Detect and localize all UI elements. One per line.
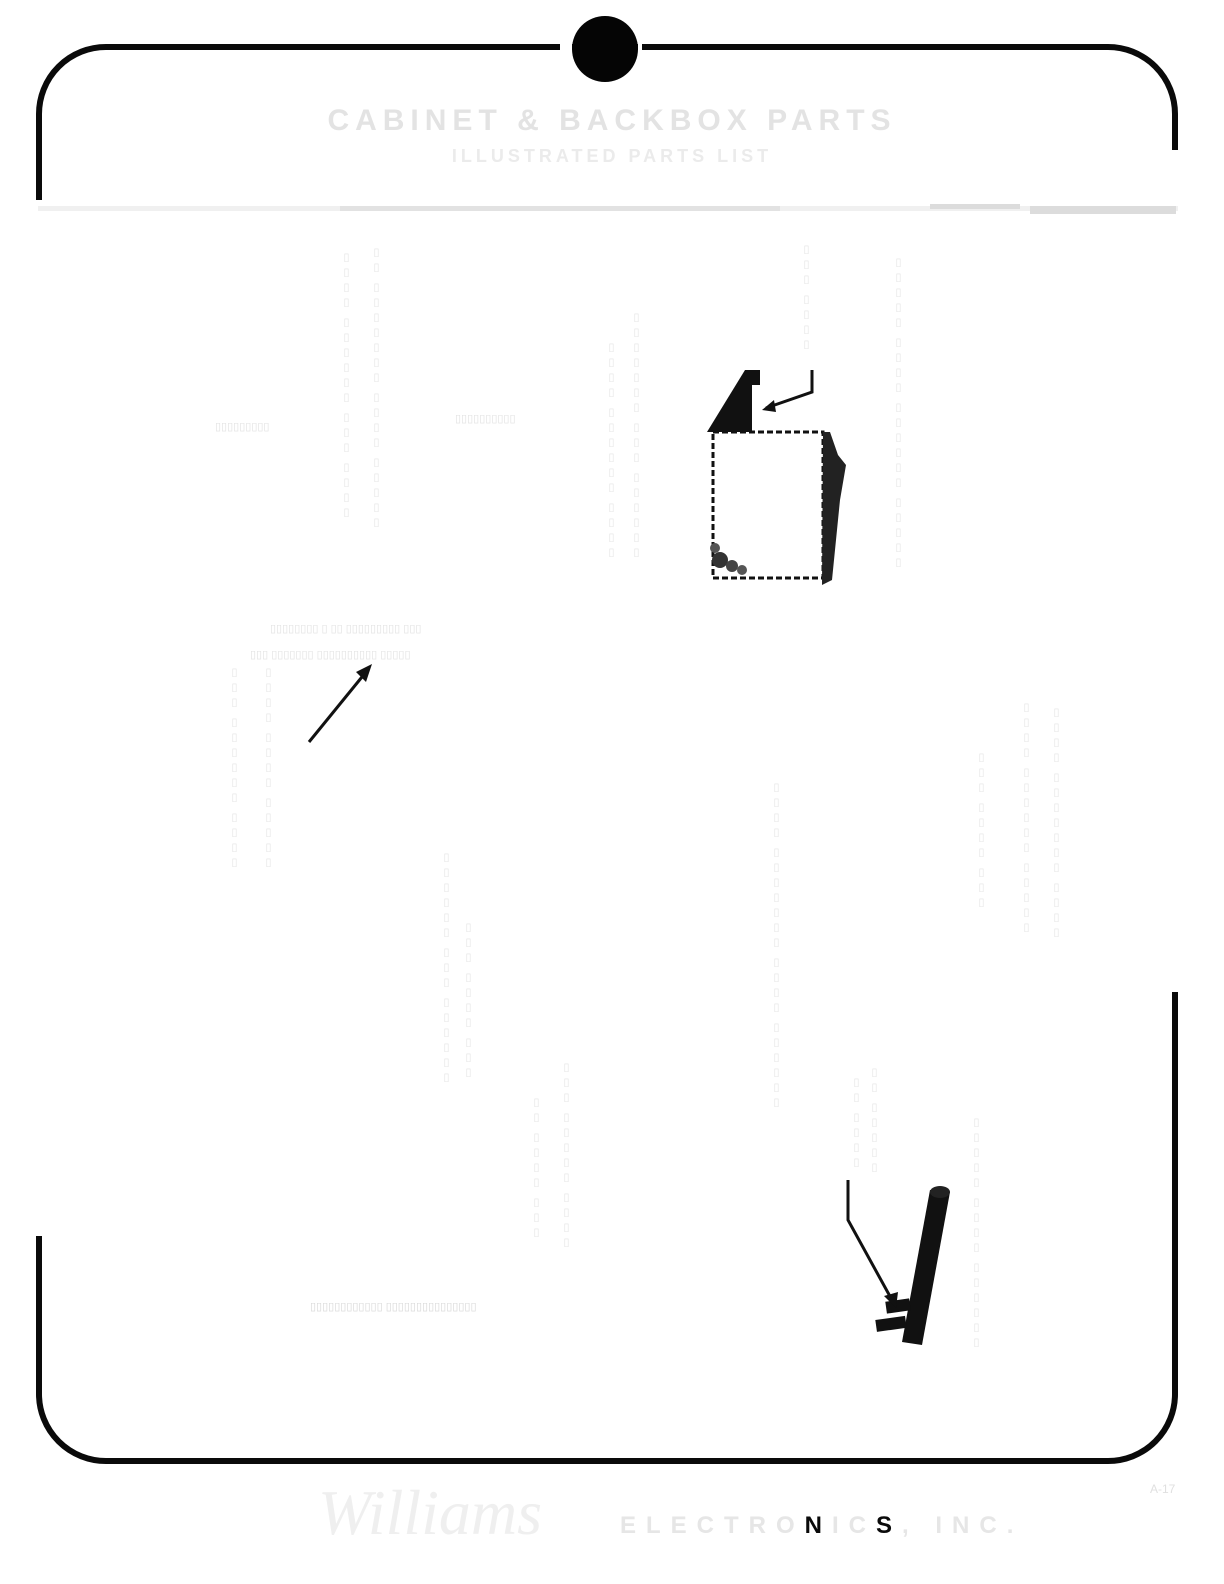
company-name-suffix: , INC.: [902, 1512, 1023, 1539]
leg-bracket-illustration: [707, 370, 846, 585]
page-number: A-17: [1150, 1482, 1175, 1496]
company-name-letter: S: [876, 1512, 902, 1539]
company-name: ELECTRONICS, INC.: [620, 1512, 1023, 1540]
company-name-prefix: ELECTRO: [620, 1512, 805, 1539]
illustrations: [0, 0, 1224, 1584]
company-name-letter: N: [805, 1512, 832, 1539]
company-name-mid: IC: [832, 1512, 876, 1539]
leg-leveler-illustration: [848, 1180, 950, 1345]
callout-arrow: [309, 664, 372, 742]
brand-logo: Williams: [318, 1476, 542, 1550]
